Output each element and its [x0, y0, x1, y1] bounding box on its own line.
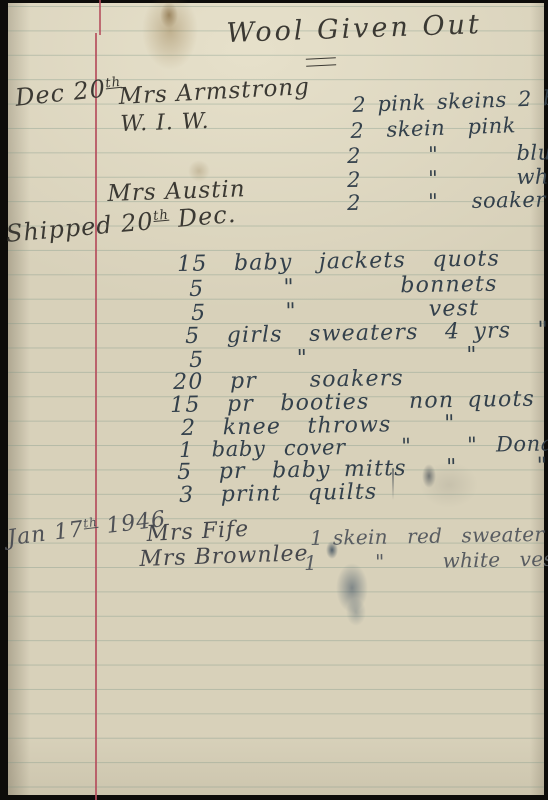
shipped-item: 3 print quilts	[179, 482, 378, 507]
margin-line-top	[99, 0, 101, 35]
shipped-heading-suffix: th	[152, 208, 169, 224]
stain-core	[160, 2, 178, 28]
name-wiw: W. I. W.	[120, 111, 210, 136]
name-brownlee: Mrs Brownlee	[139, 543, 309, 571]
margin-line	[95, 33, 97, 800]
jan-line: 1 " white vest.	[304, 548, 548, 573]
wool-line: 2 " soaker wool	[347, 188, 548, 214]
ledger-page: Wool Given Out Dec 20th Mrs Armstrong W.…	[0, 0, 548, 800]
jan-date-suffix: th	[82, 515, 98, 531]
shipped-heading-month: Dec.	[168, 200, 237, 234]
wool-line: 2 skein pink	[350, 115, 516, 142]
name-fife: Mrs Fife	[146, 519, 250, 546]
wool-line: 2 " blue	[347, 142, 548, 167]
ink-smudge-c	[346, 598, 366, 626]
jan-line: 1 skein red sweater 4 yrs	[310, 523, 548, 548]
title-underline	[306, 57, 336, 67]
